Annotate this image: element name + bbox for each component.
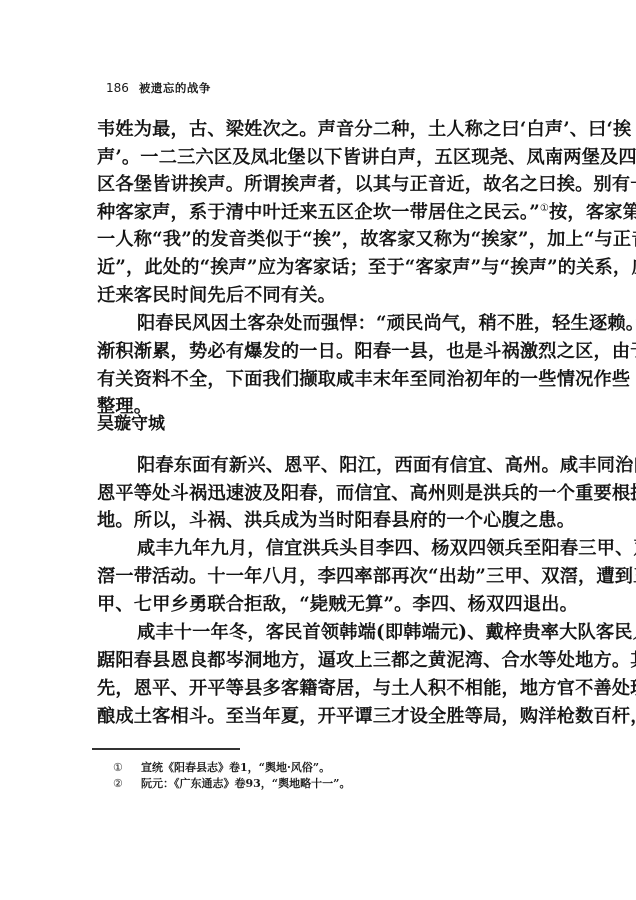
text-line: 甲、七甲乡勇联合拒敌，“毙贼无算”。李四、杨双四退出。 [97,594,542,616]
footnote-1: ①宣统《阳春县志》卷1，“舆地·风俗”。 [113,761,330,775]
text-line: 咸丰九年九月，信宜洪兵头目李四、杨双四领兵至阳春三甲、双 [137,538,542,560]
section-heading: 吴璇守城 [97,413,165,435]
text-line: 恩平等处斗祸迅速波及阳春，而信宜、高州则是洪兵的一个重要根据 [97,483,542,505]
text-line: 地。所以，斗祸、洪兵成为当时阳春县府的一个心腹之患。 [97,510,542,532]
footnote-reference[interactable]: ① [540,203,549,214]
text-line: 迁来客民时间先后不同有关。 [97,285,542,307]
text-line: 区各堡皆讲挨声。所谓挨声者，以其与正音近，故名之曰挨。别有一 [97,174,542,196]
text-line: 酿成土客相斗。至当年夏，开平谭三才设全胜等局，购洋枪数百杆， [97,706,542,728]
text-line: 踞阳春县恩良都岑洞地方，逼攻上三都之黄泥湾、合水等处地方。其 [97,650,542,672]
footnote-marker: ② [113,777,141,791]
book-page: 186 被遗忘的战争 韦姓为最，古、梁姓次之。声音分二种，土人称之曰‘白声’、曰… [0,0,636,900]
text-line: 先，恩平、开平等县多客籍寄居，与土人积不相能，地方官不善处理， [97,678,542,700]
running-header: 186 被遗忘的战争 [106,79,211,97]
text-line: 滘一带活动。十一年八月，李四率部再次“出劫”三甲、双滘，遭到三 [97,566,542,588]
text-line: 一人称“我”的发音类似于“挨”，故客家又称为“挨家”，加上“与正音 [97,229,542,251]
text-line: 近”，此处的“挨声”应为客家话；至于“客家声”与“挨声”的关系，应为 [97,257,542,279]
book-title: 被遗忘的战争 [139,80,211,96]
text-line: 阳春民风因土客杂处而强悍：“顽民尚气，稍不胜，轻生逐赖。”② [137,313,542,335]
text-segment: 种客家声，系于清中叶迁来五区企坎一带居住之民云。” [97,202,540,223]
text-segment: 按，客家第 [549,202,636,223]
text-line: 声’。一二三六区及凤北堡以下皆讲白声，五区现尧、凤南两堡及四 [97,147,542,169]
page-number: 186 [106,81,129,95]
footnote-text: 宣统《阳春县志》卷1，“舆地·风俗”。 [141,761,330,774]
text-line: 阳春东面有新兴、恩平、阳江，西面有信宜、高州。咸丰同治间， [137,455,542,477]
text-line: 咸丰十一年冬，客民首领韩端(即韩端元)、戴梓贵率大队客民人 [137,622,542,644]
text-line: 渐积渐累，势必有爆发的一日。阳春一县，也是斗祸激烈之区，由于 [97,341,542,363]
text-line: 有关资料不全，下面我们撷取咸丰末年至同治初年的一些情况作些 [97,369,542,391]
text-line: 韦姓为最，古、梁姓次之。声音分二种，土人称之曰‘白声’、曰‘挨 [97,119,542,141]
text-line: 种客家声，系于清中叶迁来五区企坎一带居住之民云。”①按，客家第 [97,202,542,224]
footnote-text: 阮元：《广东通志》卷93，“舆地略十一”。 [141,777,350,790]
text-segment: 阳春民风因土客杂处而强悍：“顽民尚气，稍不胜，轻生逐赖。” [137,313,636,334]
footnote-2: ②阮元：《广东通志》卷93，“舆地略十一”。 [113,777,350,791]
footnote-divider [92,748,240,750]
footnote-marker: ① [113,761,141,775]
